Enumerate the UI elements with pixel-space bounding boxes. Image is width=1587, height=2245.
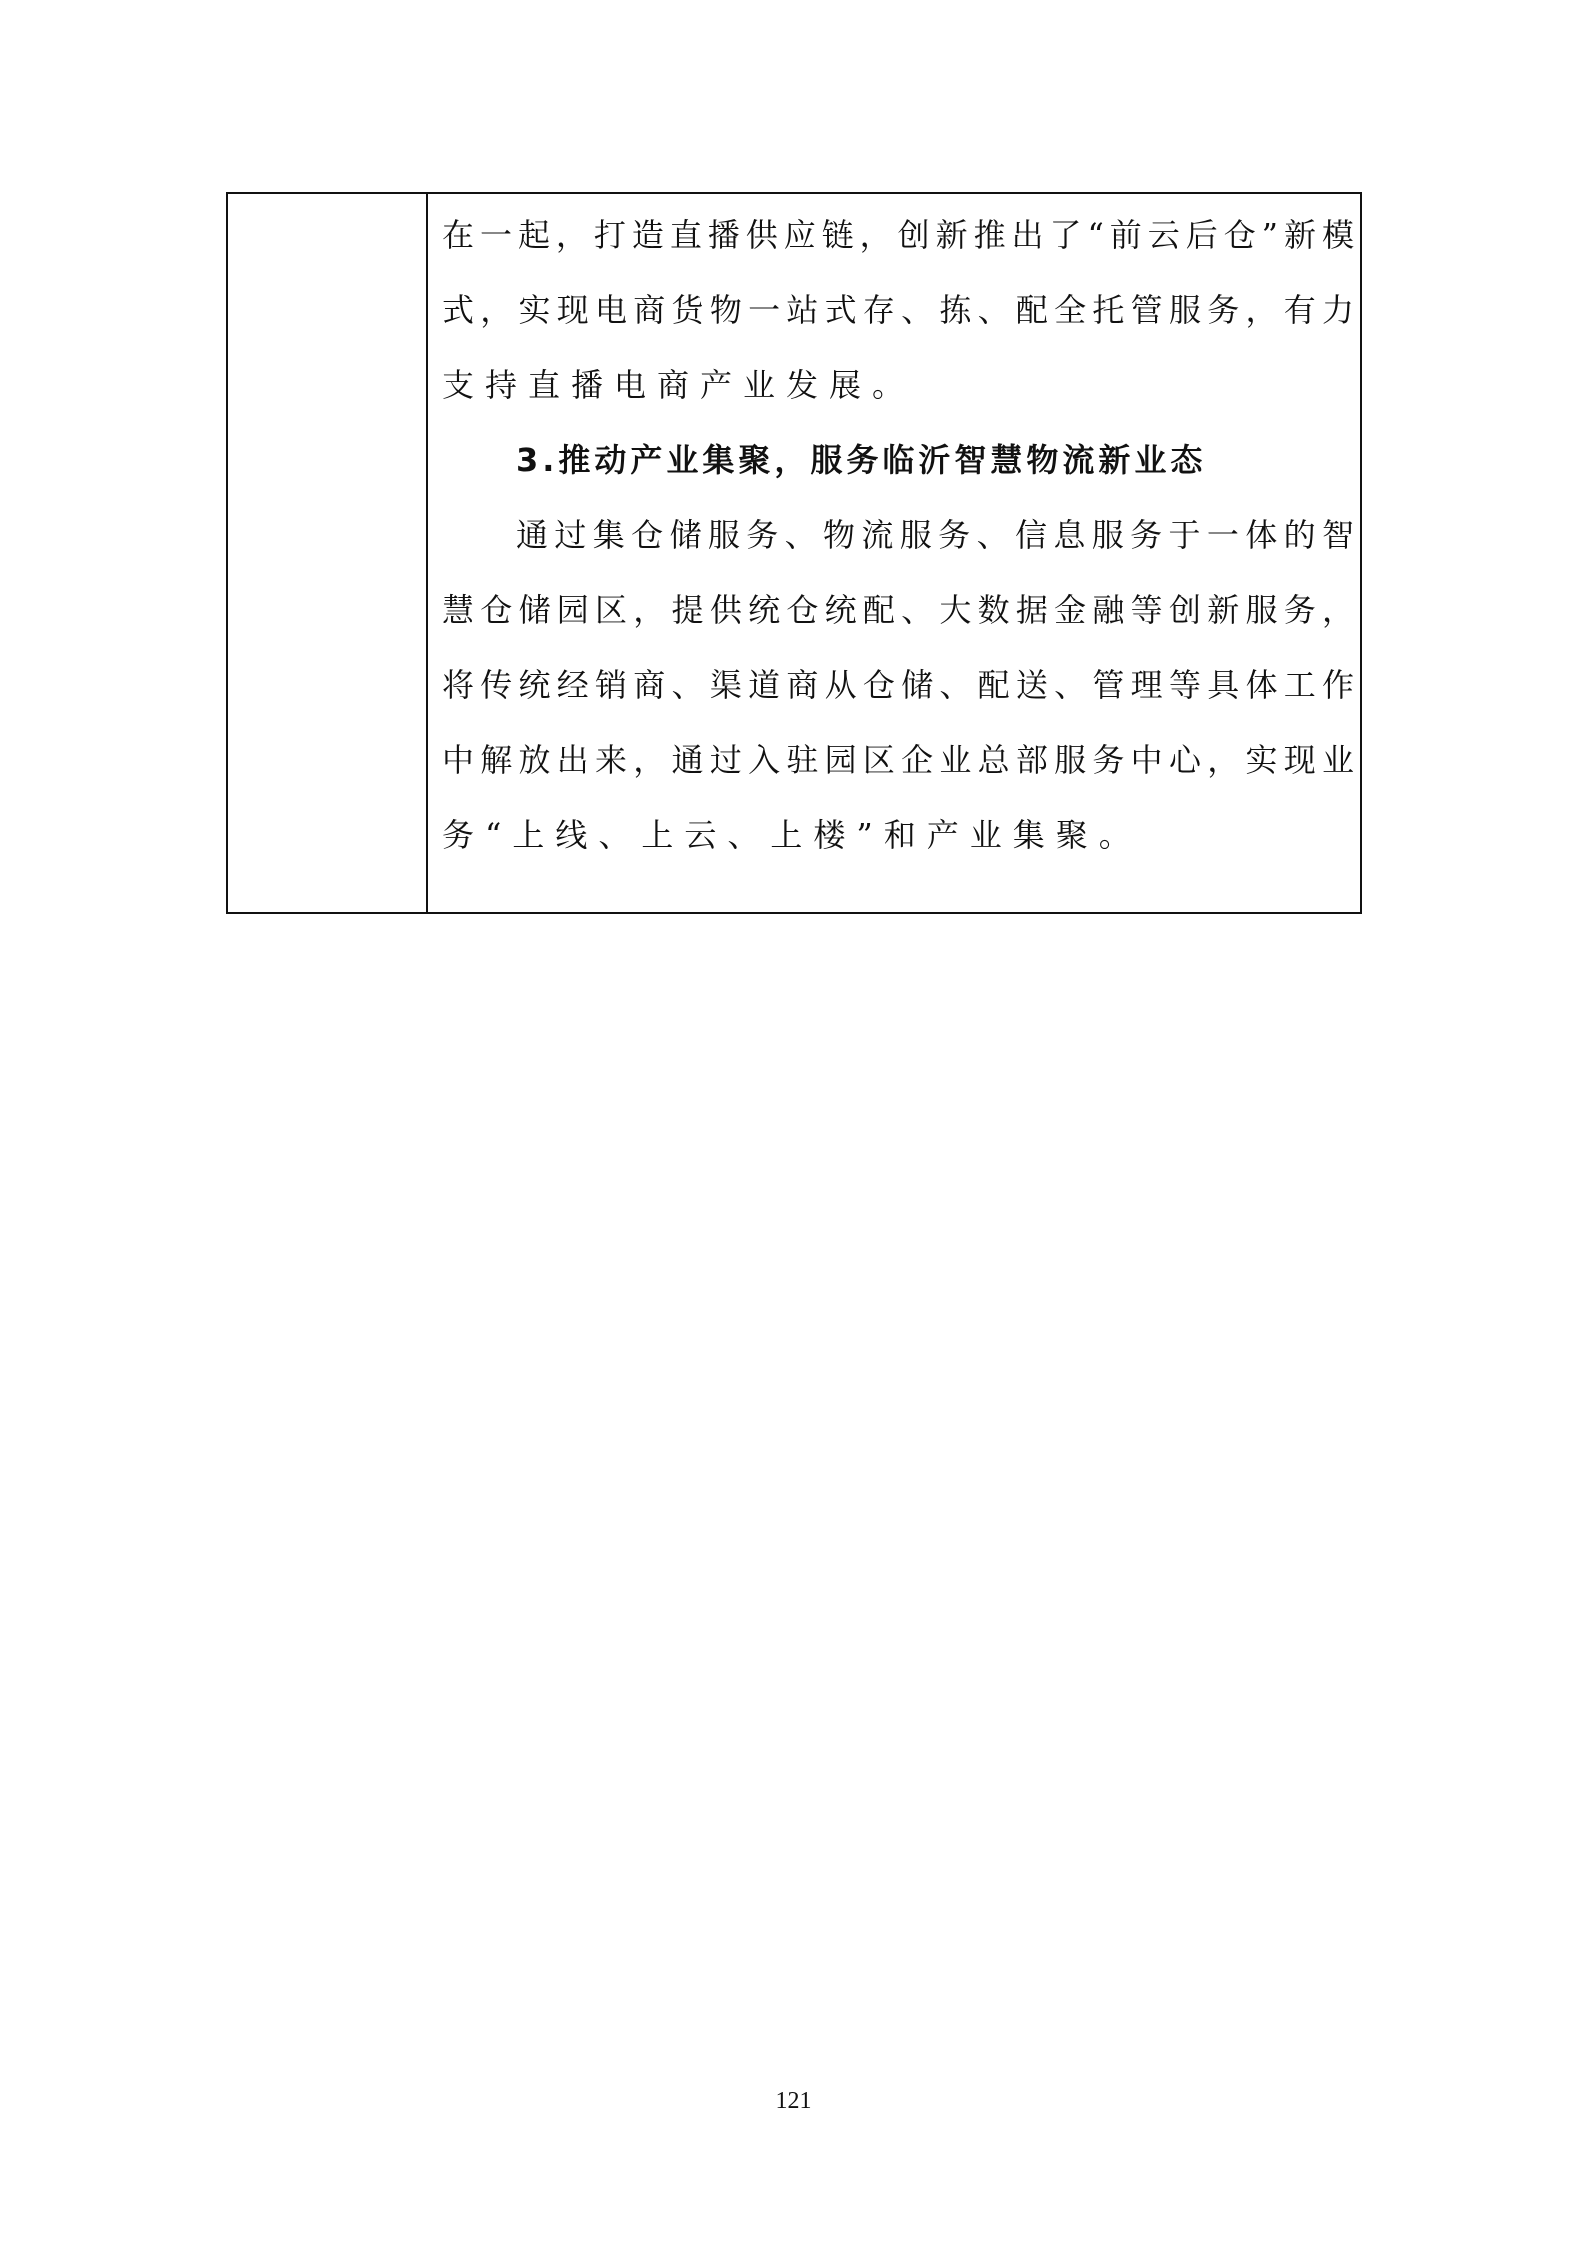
paragraph-line: 务“上线、上云、上楼”和产业集聚。: [442, 814, 1354, 889]
paragraph-line: 支持直播电商产业发展。: [442, 364, 1354, 439]
paragraph-line: 将传统经销商、渠道商从仓储、配送、管理等具体工作: [442, 664, 1354, 739]
column-divider: [426, 194, 428, 912]
section-heading: 3.推动产业集聚，服务临沂智慧物流新业态: [442, 439, 1354, 514]
paragraph-line: 慧仓储园区，提供统仓统配、大数据金融等创新服务，: [442, 589, 1354, 664]
content-table: 在一起，打造直播供应链，创新推出了“前云后仓”新模 式，实现电商货物一站式存、拣…: [226, 192, 1362, 914]
table-left-cell: [228, 194, 426, 912]
table-right-cell: 在一起，打造直播供应链，创新推出了“前云后仓”新模 式，实现电商货物一站式存、拣…: [442, 214, 1354, 889]
paragraph-line: 式，实现电商货物一站式存、拣、配全托管服务，有力: [442, 289, 1354, 364]
paragraph-line: 在一起，打造直播供应链，创新推出了“前云后仓”新模: [442, 214, 1354, 289]
paragraph-line: 通过集仓储服务、物流服务、信息服务于一体的智: [442, 514, 1354, 589]
paragraph-line: 中解放出来，通过入驻园区企业总部服务中心，实现业: [442, 739, 1354, 814]
page-number: 121: [0, 2088, 1587, 2115]
